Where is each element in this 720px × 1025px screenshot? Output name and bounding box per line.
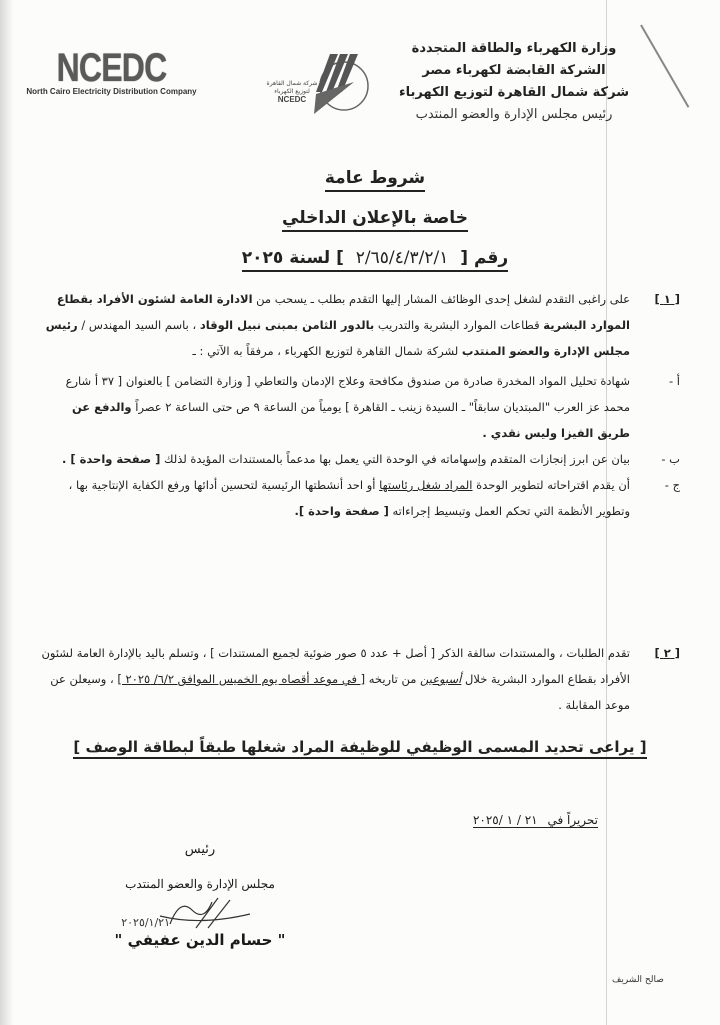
ministry-name: وزارة الكهرباء والطاقة المتجددة — [384, 38, 644, 60]
ref-suffix: ] لسنة ٢٠٢٥ — [242, 248, 344, 268]
scan-edge-shadow — [0, 0, 14, 1025]
clause-1: [ ١ ] على راغبى التقدم لشغل إحدى الوظائف… — [40, 286, 680, 524]
pen-mark — [640, 25, 689, 108]
submission-period: أسبوعين — [420, 672, 461, 686]
issue-date-value: ٢١ / ١ /٢٠٢٥ — [473, 813, 544, 827]
clause-marker: [ ٢ ] — [654, 640, 680, 666]
item-marker: ب - — [661, 446, 680, 472]
signature-block: رئيس مجلس الإدارة والعضو المنتدب ٢٠٢٥/١/… — [100, 838, 300, 950]
office-name: رئيس مجلس الإدارة والعضو المنتدب — [384, 104, 644, 126]
list-item: أ - شهادة تحليل المواد المخدرة صادرة من … — [40, 368, 680, 446]
clause-2: [ ٢ ] تقدم الطلبات ، والمستندات سالفة ال… — [40, 640, 680, 718]
svg-text:٢٠٢٥/١/٢١: ٢٠٢٥/١/٢١ — [121, 916, 170, 929]
item-bold-text: [ صفحة واحدة ] . — [62, 452, 160, 466]
list-item: ج - أن يقدم اقتراحاته لتطوير الوحدة المر… — [40, 472, 680, 524]
item-marker: ج - — [665, 472, 680, 498]
company-name: شركة شمال القاهرة لتوزيع الكهرباء — [384, 82, 644, 104]
item-text: بيان عن ابرز إنجازات المتقدم وإسهاماته ف… — [164, 452, 630, 466]
job-title-notice: [ يراعى تحديد المسمى الوظيفي للوظيفة الم… — [60, 737, 660, 759]
item-bold-text: [ صفحة واحدة ]. — [295, 504, 389, 518]
logo-code: NCEDC — [262, 96, 322, 104]
issue-date: تحريراً في ٢١ / ١ /٢٠٢٥ — [473, 813, 598, 828]
item-underlined-text: المراد شغل رئاستها — [379, 478, 472, 492]
company-logo-arabic: شركة شمال القاهرة لتوزيع الكهرباء NCEDC — [262, 50, 380, 120]
logo-mark: NCEDC — [42, 46, 182, 91]
company-logo-english: NCEDC North Cairo Electricity Distributi… — [24, 46, 199, 96]
clause-text: لشركة شمال القاهرة لتوزيع الكهرباء ، مرف… — [193, 344, 459, 358]
ref-prefix: رقم [ — [460, 248, 508, 268]
document-titles: شروط عامة خاصة بالإعلان الداخلي رقم [ ٢/… — [150, 168, 600, 288]
item-text: أن يقدم اقتراحاته لتطوير الوحدة — [476, 478, 630, 492]
clause-text: ، باسم السيد المهندس / — [81, 318, 196, 332]
signatory-role-detail: مجلس الإدارة والعضو المنتدب — [100, 872, 300, 896]
issue-date-label: تحريراً في — [547, 813, 598, 827]
notice-text: [ يراعى تحديد المسمى الوظيفي للوظيفة الم… — [73, 738, 646, 759]
logo-arabic-line1: شركة شمال القاهرة — [262, 80, 322, 88]
clerk-initial: صالح الشريف — [612, 975, 664, 985]
reference-number: رقم [ ٢/٦٥/٤/٣/٢/١ ] لسنة ٢٠٢٥ — [242, 248, 508, 272]
signature-scribble-icon: ٢٠٢٥/١/٢١ — [100, 896, 300, 930]
signatory-name: " حسام الدين عفيفي " — [100, 930, 300, 950]
clause-marker: [ ١ ] — [654, 286, 680, 312]
document-title: شروط عامة — [325, 168, 425, 192]
clause-text: على راغبى التقدم لشغل إحدى الوظائف المشا… — [256, 292, 630, 306]
issuer-block: وزارة الكهرباء والطاقة المتجددة الشركة ا… — [384, 38, 644, 126]
document-subtitle: خاصة بالإعلان الداخلي — [282, 208, 468, 232]
list-item: ب - بيان عن ابرز إنجازات المتقدم وإسهاما… — [40, 446, 680, 472]
signatory-role: رئيس — [100, 838, 300, 862]
item-marker: أ - — [669, 368, 680, 394]
clause-text: قطاعات الموارد البشرية والتدريب — [378, 318, 540, 332]
document-page: NCEDC North Cairo Electricity Distributi… — [0, 0, 720, 1025]
holding-company-name: الشركة القابضة لكهرباء مصر — [384, 60, 644, 82]
clause-text: من تاريخه — [369, 672, 417, 686]
item-text: شهادة تحليل المواد المخدرة صادرة من صندو… — [66, 374, 630, 414]
handwritten-signature: ٢٠٢٥/١/٢١ — [100, 896, 300, 930]
submission-deadline: [ في موعد أقصاه يوم الخميس الموافق ٦/٢/ … — [117, 672, 365, 686]
clause-bold-text: بالدور الثامن بمبنى نبيل الوقاد — [200, 318, 374, 332]
ref-number-value: ٢/٦٥/٤/٣/٢/١ — [350, 248, 455, 268]
